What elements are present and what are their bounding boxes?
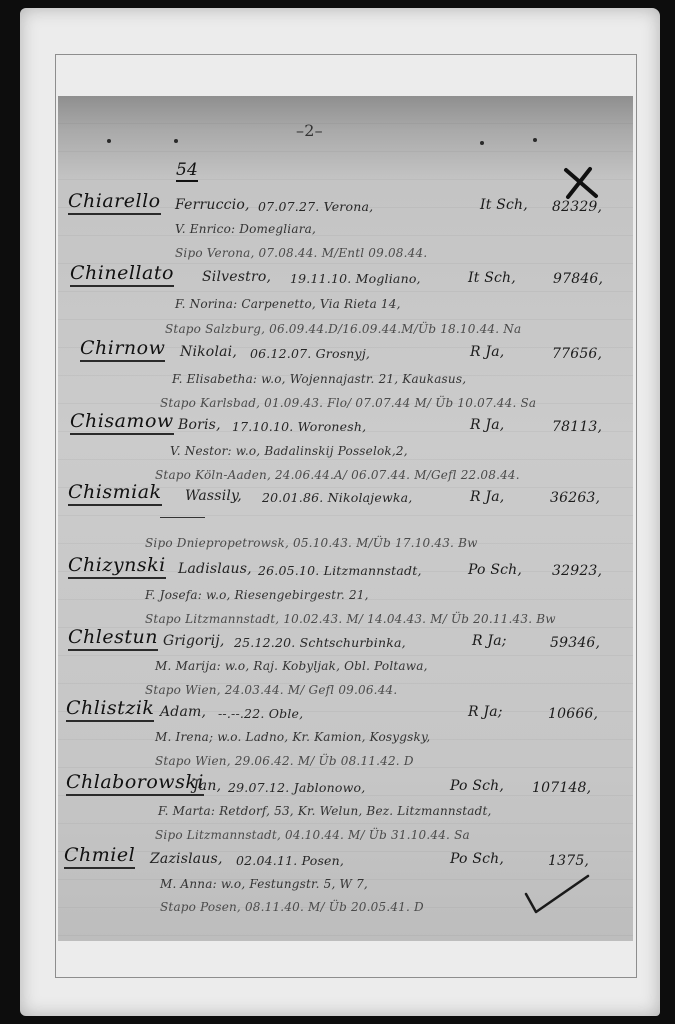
entry-record: Stapo Wien, 29.06.42. M/ Üb 08.11.42. D — [155, 754, 414, 768]
entry-category: Po Sch, — [450, 851, 504, 867]
entry-relative: M. Marija: w.o, Raj. Kobyljak, Obl. Polt… — [155, 659, 428, 673]
entry-category: Po Sch, — [450, 778, 504, 794]
entry-number: 97846, — [553, 271, 603, 287]
entry-given-name: Nikolai, — [180, 344, 237, 360]
entry-relative: V. Enrico: Domegliara, — [175, 222, 316, 236]
entry-record: Stapo Posen, 08.11.40. M/ Üb 20.05.41. D — [160, 900, 424, 914]
entry-category: R Ja, — [470, 417, 504, 433]
short-divider — [160, 517, 205, 518]
entry-surname: Chinellato — [70, 262, 174, 287]
entry-number: 36263, — [550, 490, 600, 506]
entry-record: Stapo Litzmannstadt, 10.02.43. M/ 14.04.… — [145, 612, 556, 626]
entry-birth: 02.04.11. Posen, — [236, 853, 344, 868]
entry-number: 59346, — [550, 635, 600, 651]
punch-mark — [480, 141, 484, 145]
x-mark-icon — [560, 166, 600, 200]
entry-given-name: Grigorij, — [163, 633, 225, 649]
entry-surname: Chlaborowski — [66, 771, 204, 796]
entry-given-name: Ladislaus, — [178, 561, 252, 577]
entry-record: Sipo Verona, 07.08.44. M/Entl 09.08.44. — [175, 246, 427, 260]
entry-number: 78113, — [552, 419, 602, 435]
punch-mark — [174, 139, 178, 143]
entry-birth: --.--.22. Oble, — [218, 706, 303, 721]
punch-mark — [533, 138, 537, 142]
entry-number: 82329, — [552, 199, 602, 215]
entry-category: R Ja; — [468, 704, 503, 720]
entry-relative: F. Norina: Carpenetto, Via Rieta 14, — [175, 297, 401, 311]
entry-surname: Chismiak — [68, 481, 162, 506]
entry-number: 32923, — [552, 563, 602, 579]
page-number: –2– — [296, 121, 323, 140]
entry-category: R Ja; — [472, 633, 507, 649]
entry-record: Stapo Köln-Aaden, 24.06.44.A/ 06.07.44. … — [155, 468, 520, 482]
entry-relative: M. Irena; w.o. Ladno, Kr. Kamion, Kosygs… — [155, 730, 430, 744]
entry-birth: 06.12.07. Grosnyj, — [250, 346, 370, 361]
entry-given-name: Ferruccio, — [175, 197, 250, 213]
entry-category: R Ja, — [470, 489, 504, 505]
entry-number: 10666, — [548, 706, 598, 722]
entry-birth: 19.11.10. Mogliano, — [290, 271, 421, 286]
entry-surname: Chlestun — [68, 626, 158, 651]
entry-surname: Chisamow — [70, 410, 174, 435]
entry-surname: Chiarello — [68, 190, 161, 215]
entry-given-name: Silvestro, — [202, 269, 271, 285]
entry-birth: 07.07.27. Verona, — [258, 199, 373, 214]
entry-category: It Sch, — [480, 197, 528, 213]
entry-record: Stapo Wien, 24.03.44. M/ Gefl 09.06.44. — [145, 683, 397, 697]
punch-mark — [107, 139, 111, 143]
entry-number: 77656, — [552, 346, 602, 362]
entry-record: Stapo Salzburg, 06.09.44.D/16.09.44.M/Üb… — [165, 322, 521, 336]
entry-given-name: Boris, — [178, 417, 221, 433]
entry-birth: 29.07.12. Jablonowo, — [228, 780, 365, 795]
entry-given-name: Wassily, — [185, 488, 242, 504]
entry-relative: M. Anna: w.o, Festungstr. 5, W 7, — [160, 877, 368, 891]
entry-relative: F. Elisabetha: w.o, Wojennajastr. 21, Ka… — [172, 372, 466, 386]
entry-birth: 25.12.20. Schtschurbinka, — [234, 635, 406, 650]
entry-record: Sipo Dniepropetrowsk, 05.10.43. M/Üb 17.… — [145, 536, 478, 550]
entry-category: It Sch, — [468, 270, 516, 286]
checkmark-icon — [522, 872, 592, 918]
entry-category: R Ja, — [470, 344, 504, 360]
entry-birth: 26.05.10. Litzmannstadt, — [258, 563, 422, 578]
entry-given-name: Jan, — [193, 778, 221, 794]
entry-relative: F. Marta: Retdorf, 53, Kr. Welun, Bez. L… — [158, 804, 492, 818]
entry-given-name: Adam, — [160, 704, 206, 720]
entry-birth: 17.10.10. Woronesh, — [232, 419, 366, 434]
entry-birth: 20.01.86. Nikolajewka, — [262, 490, 412, 505]
entry-number: 1375, — [548, 853, 589, 869]
entry-record: Sipo Litzmannstadt, 04.10.44. M/ Üb 31.1… — [155, 828, 470, 842]
entry-surname: Chlistzik — [66, 697, 154, 722]
entry-surname: Chizynski — [68, 554, 166, 579]
entry-record: Stapo Karlsbad, 01.09.43. Flo/ 07.07.44 … — [160, 396, 536, 410]
batch-number: 54 — [176, 160, 198, 182]
entry-number: 107148, — [532, 780, 591, 796]
entry-surname: Chmiel — [64, 844, 135, 869]
entry-relative: F. Josefa: w.o, Riesengebirgestr. 21, — [145, 588, 369, 602]
entry-given-name: Zazislaus, — [150, 851, 223, 867]
entry-category: Po Sch, — [468, 562, 522, 578]
entry-surname: Chirnow — [80, 337, 165, 362]
entry-relative: V. Nestor: w.o, Badalinskij Posselok,2, — [170, 444, 408, 458]
